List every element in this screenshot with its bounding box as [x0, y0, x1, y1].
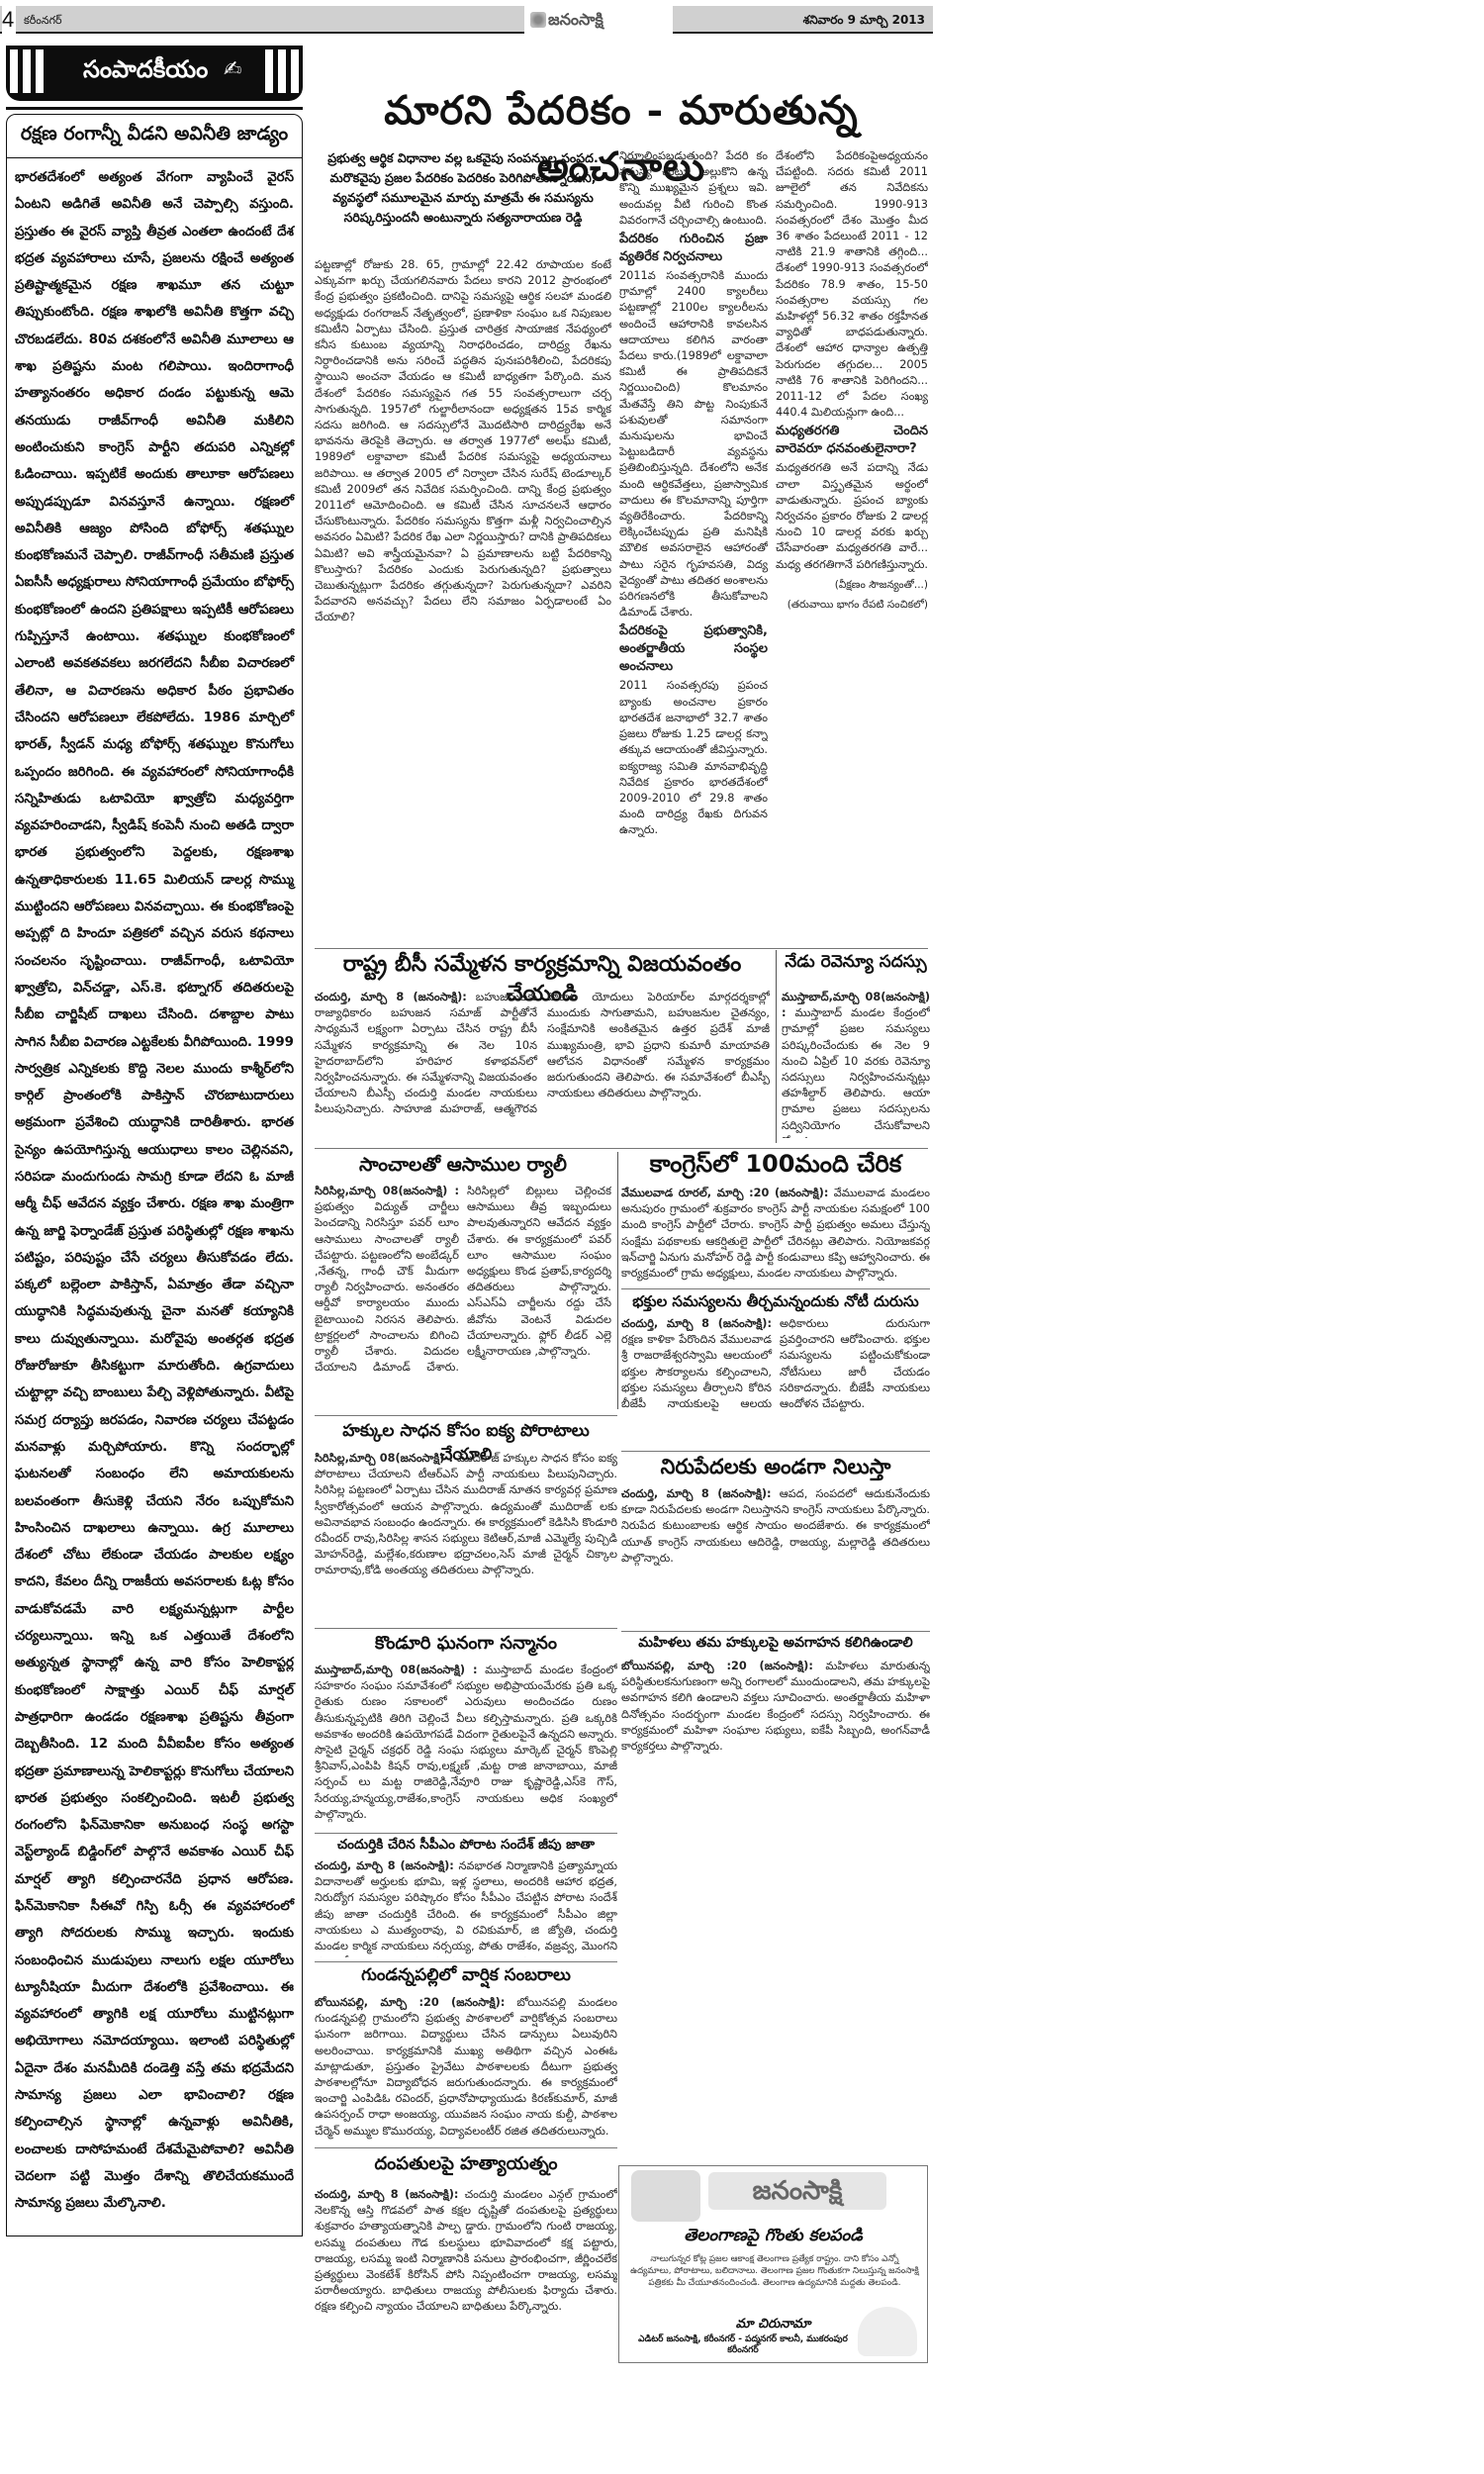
subheading: పేదరికంపై ప్రభుత్వానికి, అంతర్జాతీయ సంస్…: [619, 622, 768, 676]
article-text: బహుజనులకు రాజ్యాధికారం బహుజన సమాజ్ పార్ట…: [315, 991, 770, 1115]
article-text: 2011 సంవత్సరపు ప్రపంచ బ్యాంకు అంచనాల ప్ర…: [619, 679, 768, 836]
editorial-headline: రక్షణ రంగాన్నీ వీడని అవినీతి జాడ్యం: [6, 114, 303, 158]
article-text: నిర్మూలింపబడుతుంది? పేదరి కం సమస్య చుట్ట…: [619, 149, 768, 227]
continued-note: (తరువాయి భాగం రేపటి సంచికలో): [776, 597, 928, 613]
editorial-column: సంపాదకీయం ✍ రక్షణ రంగాన్నీ వీడని అవినీతి…: [6, 46, 303, 2236]
story-headline: భక్తుల సమస్యలను తీర్చమన్నందుకు నోటీ దురు…: [621, 1292, 930, 1314]
dateline: బోయినపల్లి, మార్చి :20 (జనంసాక్షి):: [621, 1660, 813, 1672]
divider: [315, 948, 928, 949]
dateline: చందుర్తి, మార్చి 8 (జనంసాక్షి):: [315, 1859, 454, 1872]
section-name: కరీంనగర్: [24, 14, 62, 30]
article-text: 2011వ సంవత్సరానికి ముందు గ్రామాల్లో 2400…: [619, 269, 768, 618]
article-text: దేశంలోని పేదరికంపైఅధ్యయనం చేపట్టింది. సద…: [776, 149, 928, 419]
dateline: చందుర్తి, మార్చి 8 (జనంసాక్షి):: [621, 1487, 772, 1500]
article-text: ముదిరాజ్ హక్కుల సాధన కోసం ఐక్య పోరాటాలు …: [315, 1452, 617, 1576]
main-story-deck: ప్రభుత్వ ఆర్థిక విధానాల వల్ల ఒకవైపు సంపన…: [315, 148, 611, 228]
newspaper-page: 4 కరీంనగర్ జనంసాక్షి శనివారం 9 మార్చి 20…: [0, 0, 933, 2474]
divider: [621, 1451, 930, 1452]
story-headline: దంపతులపై హత్యాయత్నం: [315, 2153, 617, 2178]
ad-text: నాలుగున్నర కోట్ల ప్రజల ఆకాంక్ష తెలంగాణ ప…: [629, 2253, 920, 2289]
ad-footer: ఎడిటర్ జనంసాక్షి, కరీంనగర్ - పద్మనగర్ కా…: [629, 2334, 857, 2356]
main-story-col1: పట్టణాల్లో రోజుకు 28. 65, గ్రామాల్లో 22.…: [315, 257, 611, 940]
dateline: సిరిసిల్ల,మార్చి 08(జనంసాక్షి) :: [315, 1185, 459, 1197]
article-text: బోయినపల్లి మండలం గుండన్నపల్లి గ్రామంలోని…: [315, 1996, 617, 2138]
dateline: బోయినపల్లి, మార్చి :20 (జనంసాక్షి):: [315, 1996, 505, 2009]
telangana-map-icon: [631, 2170, 700, 2222]
subheading: పేదరికం గురించిన ప్రజా వ్యతిరేక నిర్వచనా…: [619, 231, 768, 266]
divider: [315, 1628, 617, 1629]
story-headline: కాంగ్రెస్‌లో 100మంది చేరిక: [621, 1150, 930, 1184]
main-story-col2: నిర్మూలింపబడుతుంది? పేదరి కం సమస్య చుట్ట…: [619, 148, 768, 940]
article-text: రక్షణ కాళికా పేరొందిన వేములవాడ శ్రీ రాజర…: [621, 1317, 930, 1410]
story-headline: మహిళలు తమ హక్కులపై అవగాహన కలిగిఉండాలి: [621, 1635, 930, 1654]
dateline: చందుర్తి, మార్చి 8 (జనంసాక్షి):: [315, 2188, 458, 2201]
article-text: మధ్యతరగతి అనే పదాన్ని నేడు చాలా విస్తృతమ…: [776, 461, 928, 570]
ad-tagline: తెలంగాణపై గొంతు కలపండి: [619, 2226, 927, 2249]
logo-text: జనంసాక్షి: [548, 10, 603, 29]
story-body: చందుర్తి, మార్చి 8 (జనంసాక్షి): చందుర్తి…: [315, 2187, 617, 2365]
story-body: ముస్తాబాద్,మార్చి 08(జనంసాక్షి) : ముస్తా…: [315, 1663, 617, 1831]
article-text: మహిళలు మారుతున్న పరిస్థితులకనుగుణంగా అన్…: [621, 1660, 930, 1753]
ad-logo: జనంసాక్షి: [708, 2172, 886, 2210]
divider: [621, 1288, 930, 1289]
article-text: ప్రభుత్వం విద్యుత్ చార్జీలు పెంచడాన్ని న…: [315, 1185, 611, 1374]
decorative-bars: [265, 49, 299, 93]
story-headline: సాంచాలతో ఆసాముల ర్యాలీ: [315, 1154, 611, 1181]
editorial-body: భారతదేశంలో అత్యంత వేగంగా వ్యాపించే వైరస్…: [6, 158, 303, 2236]
article-text: చందుర్తి మండలం ఎన్గల్ గ్రామంలో నెలకొన్న …: [315, 2188, 617, 2313]
story-headline: కొండూరి ఘనంగా సన్మానం: [315, 1633, 617, 1658]
divider: [776, 950, 777, 1143]
masthead: 4 కరీంనగర్ జనంసాక్షి శనివారం 9 మార్చి 20…: [0, 6, 933, 34]
divider: [315, 2147, 617, 2148]
page-number: 4: [2, 6, 16, 34]
divider: [315, 1833, 617, 1834]
story-body: చందుర్తి, మార్చి 8 (జనంసాక్షి): ఆపద, సంప…: [621, 1486, 930, 1625]
story-body: సిరిసిల్ల,మార్చి 08(జనంసాక్షి) : ప్రభుత్…: [315, 1184, 611, 1411]
advertisement: జనంసాక్షి తెలంగాణపై గొంతు కలపండి నాలుగున…: [618, 2165, 928, 2363]
dateline: ముస్తాబాద్,మార్చి 08(జనంసాక్షి) :: [315, 1664, 478, 1676]
divider: [315, 1961, 617, 1962]
story-body: బోయినపల్లి, మార్చి :20 (జనంసాక్షి): బోయి…: [315, 1995, 617, 2143]
pen-writing-icon: ✍: [224, 57, 241, 82]
divider: [6, 107, 303, 110]
story-headline: నిరుపేదలకు అండగా నిలుస్తా: [621, 1455, 930, 1484]
story-body: సిరిసిల్ల,మార్చి 08(జనంసాక్షి) : ముదిరాజ…: [315, 1451, 617, 1619]
article-text: ముస్తాబాద్ మండల కేంద్రంలో సహకారం సంఘం సమ…: [315, 1664, 617, 1821]
divider: [315, 1148, 928, 1149]
dateline: సిరిసిల్ల,మార్చి 08(జనంసాక్షి) :: [315, 1452, 453, 1465]
subheading: మధ్యతరగతి చెందిన వారెవరూ ధనవంతులైనారా?: [776, 423, 928, 458]
article-text: వేములవాడ మండలం అనుపురం గ్రామంలో శుక్రవార…: [621, 1187, 930, 1280]
article-text: ముస్తాబాద్ మండల కేంద్రంలో గ్రామాల్లో ప్ర…: [782, 1006, 930, 1138]
article-text: పట్టణాల్లో రోజుకు 28. 65, గ్రామాల్లో 22.…: [315, 258, 611, 623]
article-text: నవభారత నిర్మాణానికి ప్రత్యామ్నాయ విదానాల…: [315, 1859, 617, 1957]
story-body: ముస్తాబాద్,మార్చి 08(జనంసాక్షి) : ముస్తా…: [782, 990, 930, 1138]
story-body: చందుర్తి, మార్చి 8 (జనంసాక్షి): రక్షణ కా…: [621, 1316, 930, 1445]
issue-date: శనివారం 9 మార్చి 2013: [803, 13, 925, 30]
story-headline: గుండన్నపల్లిలో వార్షిక సంబరాలు: [315, 1965, 617, 1989]
editorial-banner: సంపాదకీయం ✍: [6, 46, 303, 101]
dateline: చందుర్తి, మార్చి 8 (జనంసాక్షి):: [315, 991, 467, 1003]
story-headline: చందుర్తికి చేరిన సీపీఎం పోరాట సందేశ్ జీప…: [315, 1837, 617, 1855]
hand-writing-icon: [858, 2307, 917, 2356]
courtesy-note: (వీక్షణం సౌజన్యంతో...): [776, 577, 928, 593]
story-body: వేములవాడ రూరల్, మార్చి :20 (జనంసాక్షి): …: [621, 1186, 930, 1285]
dateline: వేములవాడ రూరల్, మార్చి :20 (జనంసాక్షి):: [621, 1187, 828, 1199]
decorative-bars: [10, 49, 44, 93]
dateline: చందుర్తి, మార్చి 8 (జనంసాక్షి):: [621, 1317, 772, 1330]
story-headline: నేడు రెవెన్యూ సదస్సు: [782, 952, 930, 976]
newspaper-logo: జనంసాక్షి: [524, 6, 673, 36]
editorial-banner-title: సంపాదకీయం: [83, 55, 208, 89]
divider: [621, 1631, 930, 1632]
main-story-col3: దేశంలోని పేదరికంపైఅధ్యయనం చేపట్టింది. సద…: [776, 148, 928, 940]
divider: [617, 1152, 618, 1409]
story-body: బోయినపల్లి, మార్చి :20 (జనంసాక్షి): మహిళ…: [621, 1659, 930, 1767]
story-body: చందుర్తి, మార్చి 8 (జనంసాక్షి): బహుజనులక…: [315, 990, 770, 1138]
telangana-map-icon: [530, 12, 546, 28]
story-body: చందుర్తి, మార్చి 8 (జనంసాక్షి): నవభారత న…: [315, 1858, 617, 1957]
divider: [315, 1415, 617, 1416]
